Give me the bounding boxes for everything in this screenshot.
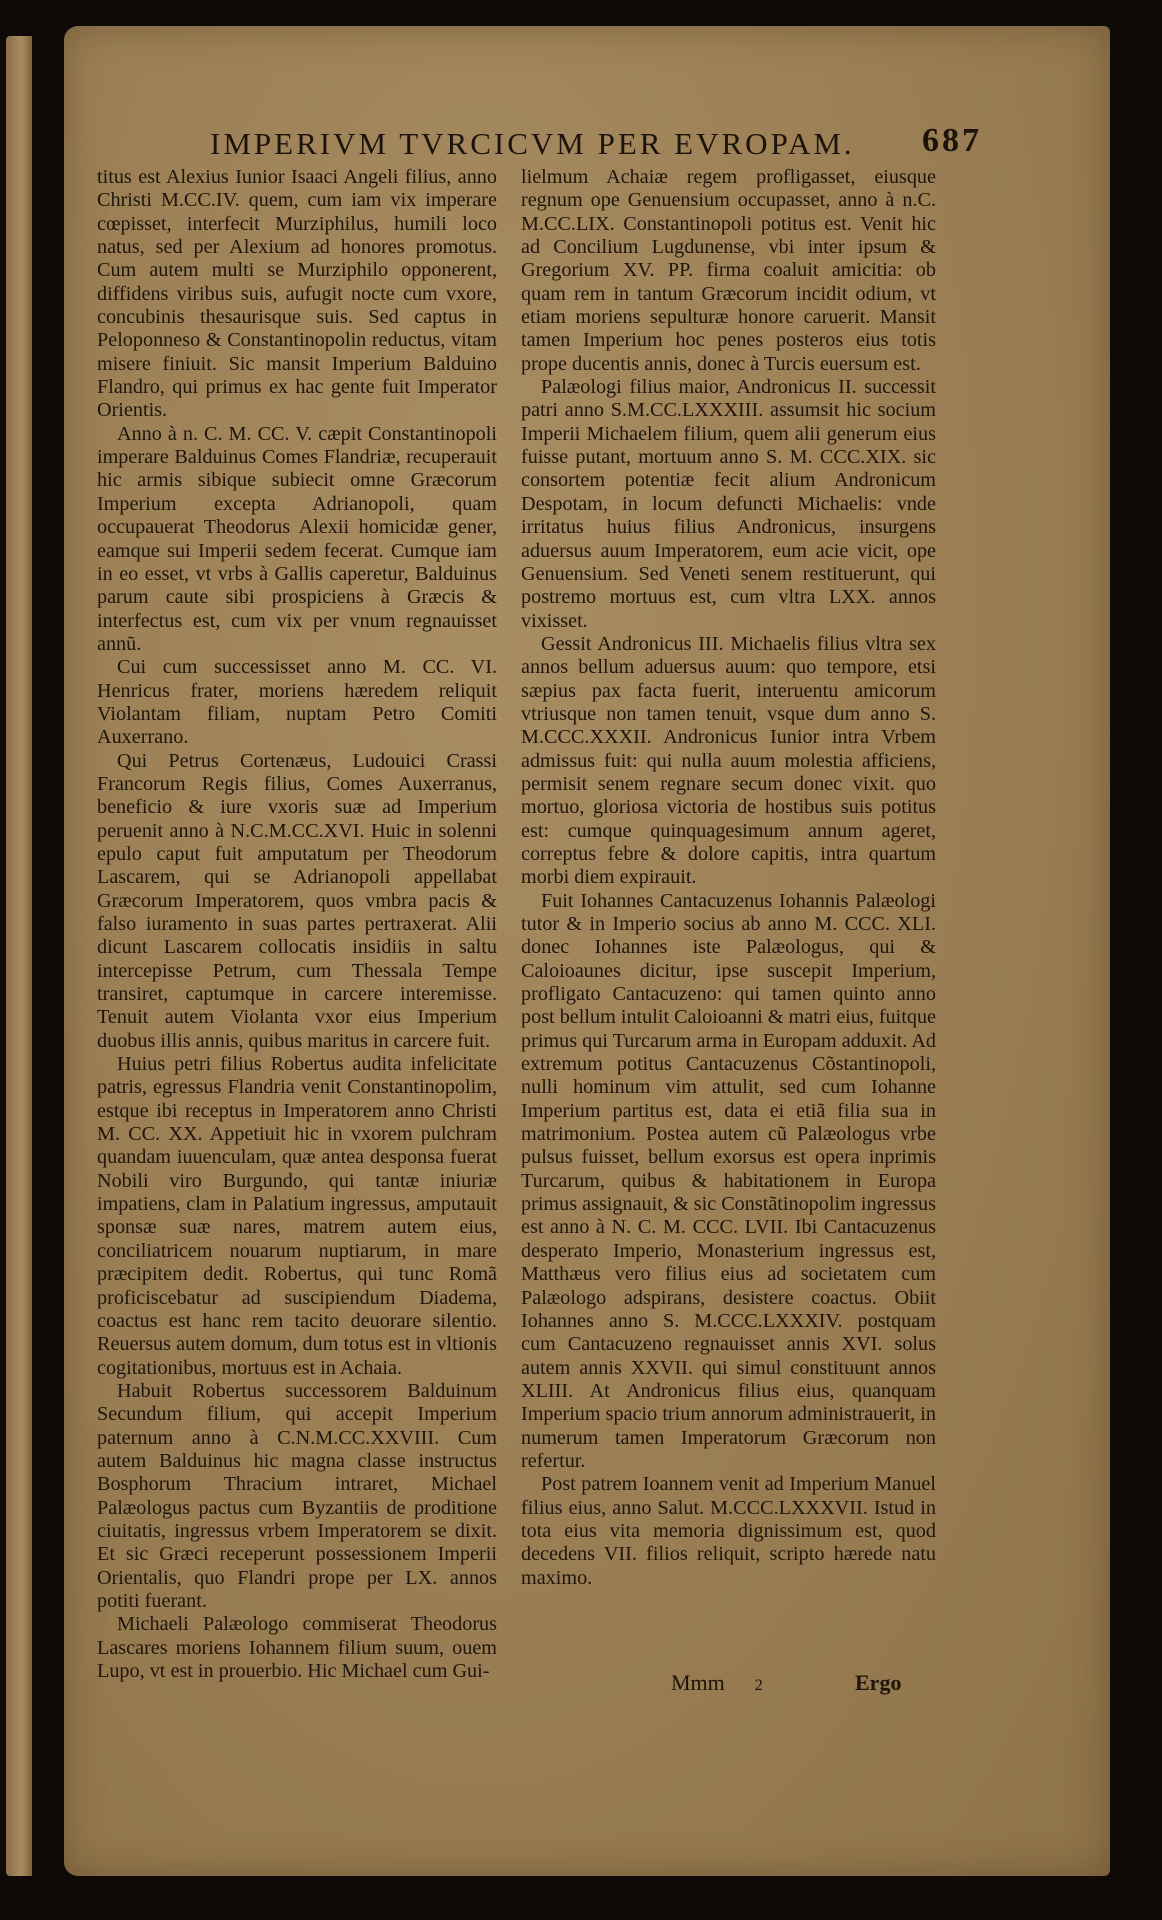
- paragraph: Gessit Andronicus III. Michaelis filius …: [521, 633, 936, 890]
- paragraph: titus est Alexius Iunior Isaaci Angeli f…: [97, 166, 497, 423]
- paragraph: Huius petri filius Robertus audita infel…: [97, 1053, 497, 1380]
- previous-page-edge: [6, 36, 32, 1876]
- running-head-title: IMPERIVM TVRCICVM PER EVROPAM.: [210, 126, 855, 162]
- running-head: IMPERIVM TVRCICVM PER EVROPAM. 687: [210, 126, 990, 162]
- paragraph: Anno à n. C. M. CC. V. cæpit Constantino…: [97, 423, 497, 656]
- paragraph: lielmum Achaiæ regem profligasset, eiusq…: [521, 166, 936, 376]
- paragraph: Palæologi filius maior, Andronicus II. s…: [521, 376, 936, 633]
- paragraph: Habuit Robertus successorem Balduinum Se…: [97, 1380, 497, 1613]
- catchword: Ergo: [855, 1670, 901, 1696]
- paragraph: Post patrem Ioannem venit ad Imperium Ma…: [521, 1473, 936, 1590]
- signature-mark: Mmm2: [671, 1670, 763, 1696]
- paragraph: Qui Petrus Cortenæus, Ludouici Crassi Fr…: [97, 750, 497, 1053]
- paragraph: Cui cum successisset anno M. CC. VI. Hen…: [97, 656, 497, 749]
- page-number: 687: [922, 122, 982, 160]
- paragraph: Michaeli Palæologo commiserat Theodorus …: [97, 1613, 497, 1683]
- paragraph: Fuit Iohannes Cantacuzenus Iohannis Palæ…: [521, 890, 936, 1474]
- right-column: lielmum Achaiæ regem profligasset, eiusq…: [521, 166, 936, 1590]
- signature-number: 2: [755, 1677, 763, 1694]
- signature-letters: Mmm: [671, 1670, 725, 1695]
- left-column: titus est Alexius Iunior Isaaci Angeli f…: [97, 166, 497, 1683]
